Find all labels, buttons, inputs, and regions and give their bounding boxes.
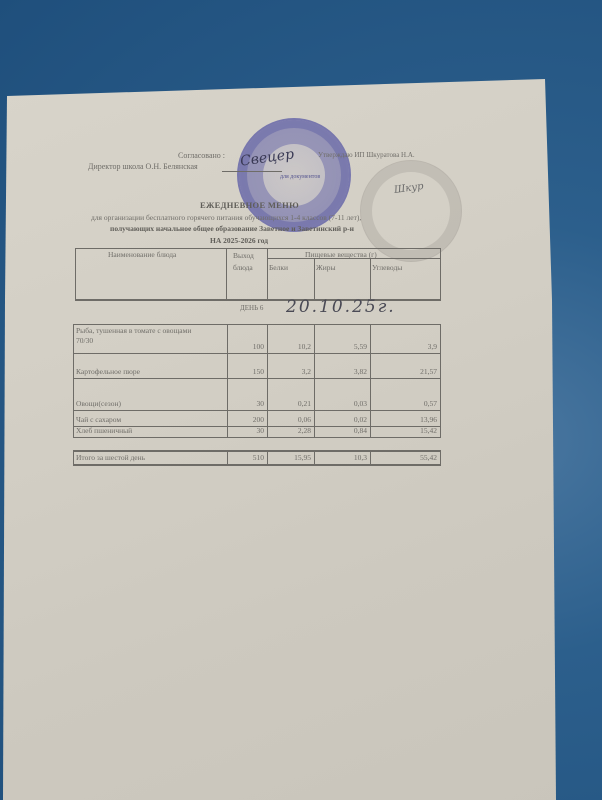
- cell-carbs: 3,9: [370, 342, 437, 351]
- cell-carbs: 15,42: [370, 426, 437, 435]
- cell-carbs: 13,96: [370, 415, 437, 424]
- table-border: [73, 378, 441, 379]
- approval-label: Согласовано :: [178, 151, 225, 160]
- table-border: [440, 450, 441, 464]
- stamp-text: для документов: [280, 174, 320, 180]
- cell-fats: 5,59: [314, 342, 367, 351]
- dish-portion: 70/30: [76, 336, 93, 345]
- total-label: Итого за шестой день: [76, 453, 145, 462]
- faded-stamp: [360, 160, 462, 262]
- table-border: [73, 450, 74, 464]
- header-yield-2: блюда: [233, 263, 253, 272]
- table-border: [73, 324, 441, 325]
- cell-carbs: 21,57: [370, 367, 437, 376]
- total-yield: 510: [227, 453, 264, 462]
- cell-yield: 150: [227, 367, 264, 376]
- cell-fats: 0,84: [314, 426, 367, 435]
- header-nutrients: Пищевые вещества (г): [305, 250, 377, 259]
- total-proteins: 15,95: [267, 453, 311, 462]
- approver-signatory: Утверждаю ИП Шкуратова Н.А.: [318, 151, 415, 159]
- cell-fats: 0,03: [314, 399, 367, 408]
- dish-name: Чай с сахаром: [76, 415, 121, 424]
- cell-proteins: 0,06: [267, 415, 311, 424]
- table-border: [73, 464, 441, 466]
- document-title: ЕЖЕДНЕВНОЕ МЕНЮ: [200, 200, 299, 210]
- director-signatory: Директор школа О.Н. Белянская: [88, 162, 198, 171]
- cell-fats: 0,02: [314, 415, 367, 424]
- dish-name: Картофельное пюре: [76, 367, 140, 376]
- table-border: [73, 353, 441, 354]
- handwritten-date: 20.10.25г.: [286, 297, 396, 317]
- header-dish-name: Наименование блюда: [108, 250, 176, 259]
- header-proteins: Белки: [269, 263, 288, 272]
- cell-fats: 3,82: [314, 367, 367, 376]
- total-carbs: 55,42: [370, 453, 437, 462]
- table-border: [73, 437, 441, 438]
- table-border: [73, 410, 441, 411]
- cell-yield: 30: [227, 426, 264, 435]
- cell-proteins: 10,2: [267, 342, 311, 351]
- dish-name: Хлеб пшеничный: [76, 426, 132, 435]
- dish-name: Рыба, тушенная в томате с овощами: [76, 326, 191, 335]
- cell-yield: 200: [227, 415, 264, 424]
- cell-proteins: 3,2: [267, 367, 311, 376]
- header-yield-1: Выход: [233, 251, 254, 260]
- signature-line: [222, 171, 282, 172]
- cell-yield: 100: [227, 342, 264, 351]
- table-border: [440, 324, 441, 437]
- table-border: [73, 324, 74, 437]
- total-fats: 10,3: [314, 453, 367, 462]
- cell-proteins: 2,28: [267, 426, 311, 435]
- day-label: ДЕНЬ 6: [240, 304, 263, 312]
- cell-yield: 30: [227, 399, 264, 408]
- title-line-3: НА 2025-2026 год: [210, 236, 268, 245]
- cell-carbs: 0,57: [370, 399, 437, 408]
- header-carbs: Углеводы: [372, 263, 402, 272]
- title-line-1: для организации бесплатного горячего пит…: [91, 213, 361, 222]
- header-fats: Жиры: [316, 263, 336, 272]
- table-border: [73, 450, 441, 452]
- title-line-2: получающих начальное общее образование З…: [110, 224, 354, 233]
- cell-proteins: 0,21: [267, 399, 311, 408]
- dish-name: Овощи(сезон): [76, 399, 121, 408]
